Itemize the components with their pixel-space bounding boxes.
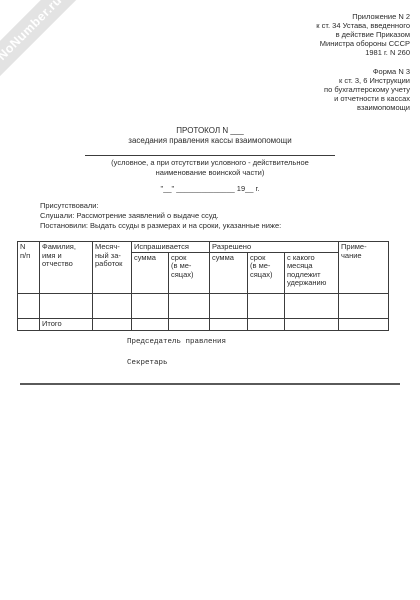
appendix-reference: Приложение N 2 к ст. 34 Устава, введенно… [316, 12, 410, 57]
resolved-line: Постановили: Выдать ссуды в размерах и н… [40, 221, 281, 231]
col-header-salary: Месяч- ный за- работок [93, 242, 132, 294]
document-page: NoNumber.ru Приложение N 2 к ст. 34 Уста… [0, 0, 420, 600]
empty-cell [285, 318, 339, 330]
form-line: Форма N 3 [316, 67, 410, 76]
document-title: ПРОТОКОЛ N ___ заседания правления кассы… [0, 126, 420, 146]
present-line: Присутствовали: [40, 201, 281, 211]
empty-cell [132, 293, 169, 318]
appendix-line: Приложение N 2 [316, 12, 410, 21]
table-total-row: Итого [18, 318, 389, 330]
empty-cell [40, 293, 93, 318]
col-header-name: Фамилия, имя и отчество [40, 242, 93, 294]
empty-cell [169, 318, 210, 330]
form-line: и отчетности в кассах [316, 94, 410, 103]
empty-cell [18, 318, 40, 330]
watermark-ribbon: NoNumber.ru [0, 0, 82, 80]
table-empty-row [18, 293, 389, 318]
empty-cell [339, 318, 389, 330]
col-header-requested-group: Испрашивается [132, 242, 210, 253]
col-header-approved-sum: сумма [210, 252, 248, 293]
unit-name-note-line: наименование воинской части) [0, 168, 420, 178]
signature-block: Председатель правления Секретарь [127, 338, 226, 368]
empty-cell [248, 293, 285, 318]
protocol-subject-line: заседания правления кассы взаимопомощи [0, 136, 420, 146]
col-header-note: Приме- чание [339, 242, 389, 294]
col-header-approved-group: Разрешено [210, 242, 339, 253]
loan-table: N п/п Фамилия, имя и отчество Месяч- ный… [17, 241, 389, 331]
heard-line: Слушали: Рассмотрение заявлений о выдаче… [40, 211, 281, 221]
total-label-cell: Итого [40, 318, 93, 330]
form-line: к ст. 3, 6 Инструкции [316, 76, 410, 85]
empty-cell [93, 318, 132, 330]
chairman-signature-line: Председатель правления [127, 338, 226, 347]
table-header-group-row: N п/п Фамилия, имя и отчество Месяч- ный… [18, 242, 389, 253]
col-header-withhold-month: с какого месяца подлежит удержанию [285, 252, 339, 293]
watermark-text: NoNumber.ru [0, 0, 65, 63]
empty-cell [339, 293, 389, 318]
protocol-body: Присутствовали: Слушали: Рассмотрение за… [40, 201, 281, 231]
protocol-number-line: ПРОТОКОЛ N ___ [0, 126, 420, 136]
form-reference: Форма N 3 к ст. 3, 6 Инструкции по бухга… [316, 67, 410, 112]
header-right-block: Приложение N 2 к ст. 34 Устава, введенно… [316, 12, 410, 112]
form-line: по бухгалтерскому учету [316, 85, 410, 94]
unit-name-note: (условное, а при отсутствии условного - … [0, 158, 420, 178]
empty-cell [285, 293, 339, 318]
empty-cell [18, 293, 40, 318]
appendix-line: в действие Приказом [316, 30, 410, 39]
date-blank-line: "__" ______________ 19__ г. [0, 184, 420, 193]
form-line: взаимопомощи [316, 103, 410, 112]
appendix-line: к ст. 34 Устава, введенного [316, 21, 410, 30]
col-header-approved-term: срок (в ме- сяцах) [248, 252, 285, 293]
unit-name-underline [85, 155, 335, 156]
col-header-num: N п/п [18, 242, 40, 294]
unit-name-note-line: (условное, а при отсутствии условного - … [0, 158, 420, 168]
empty-cell [93, 293, 132, 318]
empty-cell [248, 318, 285, 330]
appendix-line: Министра обороны СССР [316, 39, 410, 48]
secretary-signature-line: Секретарь [127, 359, 226, 368]
empty-cell [169, 293, 210, 318]
col-header-requested-term: срок (в ме- сяцах) [169, 252, 210, 293]
bottom-divider [20, 383, 400, 385]
empty-cell [132, 318, 169, 330]
col-header-requested-sum: сумма [132, 252, 169, 293]
appendix-line: 1981 г. N 260 [316, 48, 410, 57]
empty-cell [210, 293, 248, 318]
empty-cell [210, 318, 248, 330]
